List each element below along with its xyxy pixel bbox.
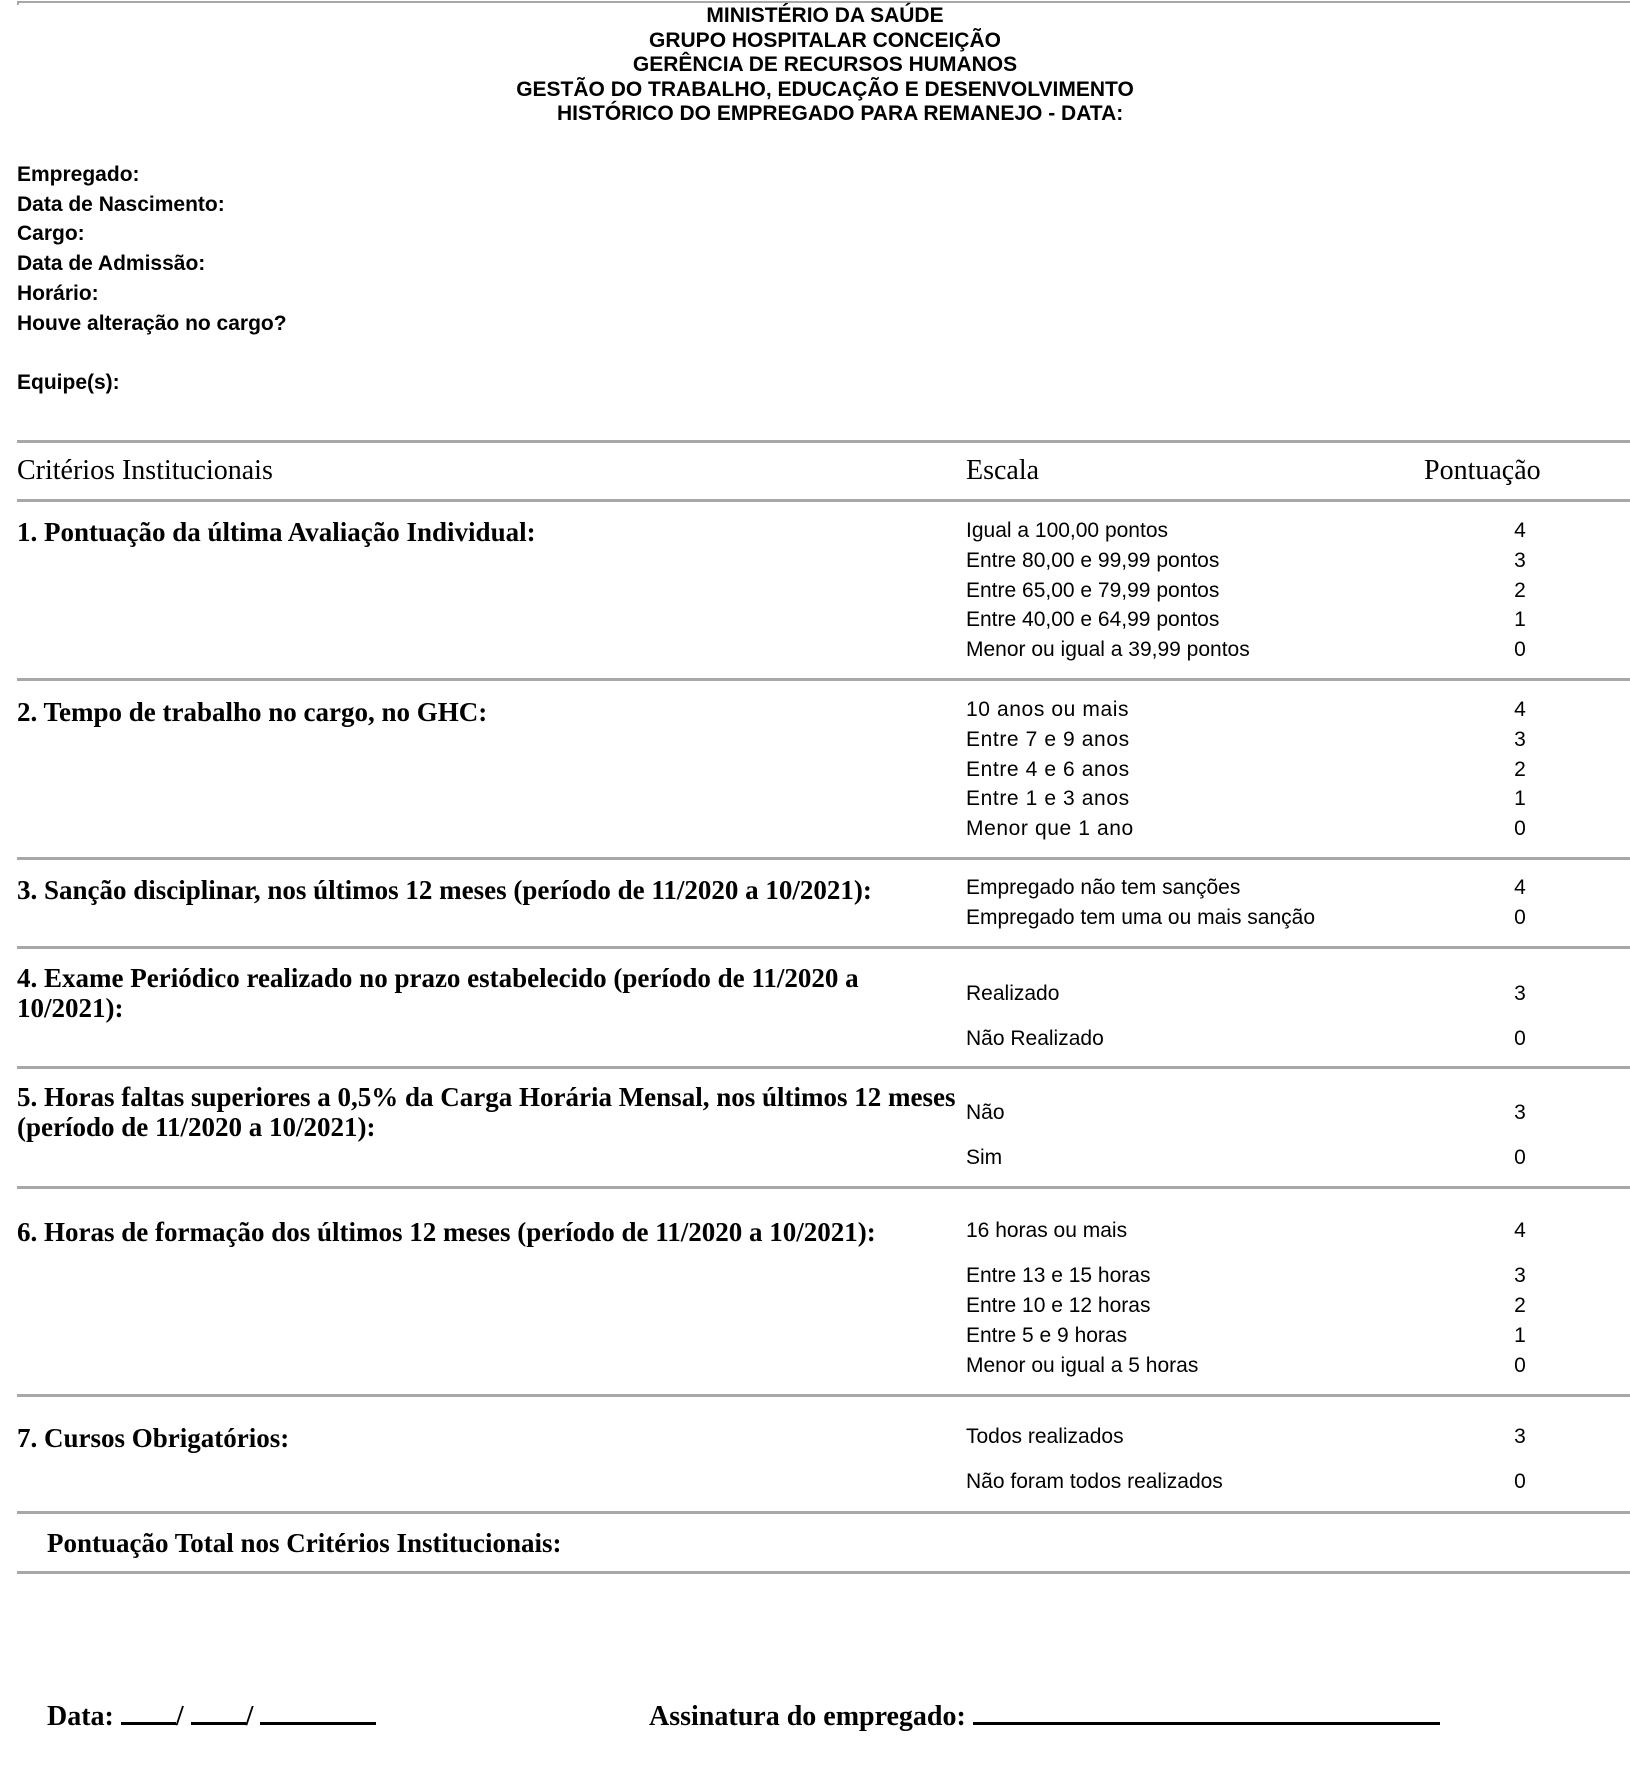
scale-score: 4 bbox=[1505, 698, 1535, 722]
scale-option: Entre 7 e 9 anos bbox=[966, 728, 1130, 752]
scale-score: 3 bbox=[1505, 1425, 1535, 1449]
document-header: MINISTÉRIO DA SAÚDE GRUPO HOSPITALAR CON… bbox=[0, 4, 1630, 127]
divider bbox=[17, 946, 1630, 949]
scale-score: 2 bbox=[1505, 758, 1535, 782]
field-alteracao-cargo: Houve alteração no cargo? bbox=[17, 309, 287, 339]
scale-option: Entre 40,00 e 64,99 pontos bbox=[966, 608, 1219, 632]
column-header-scale: Escala bbox=[966, 455, 1039, 487]
scale-option: Menor que 1 ano bbox=[966, 817, 1134, 841]
header-ministry: MINISTÉRIO DA SAÚDE bbox=[0, 4, 1630, 29]
criterion-title: 6. Horas de formação dos últimos 12 mese… bbox=[17, 1217, 967, 1247]
scale-option: Todos realizados bbox=[966, 1425, 1124, 1449]
scale-score: 0 bbox=[1505, 906, 1535, 930]
scale-score: 0 bbox=[1505, 1146, 1535, 1170]
divider bbox=[17, 1571, 1630, 1574]
header-management: GESTÃO DO TRABALHO, EDUCAÇÃO E DESENVOLV… bbox=[0, 78, 1630, 103]
scale-score: 0 bbox=[1505, 1027, 1535, 1051]
divider bbox=[17, 1511, 1630, 1514]
field-empregado: Empregado: bbox=[17, 160, 287, 190]
date-separator: / bbox=[246, 1701, 254, 1732]
header-hr-department: GERÊNCIA DE RECURSOS HUMANOS bbox=[0, 53, 1630, 78]
signature-label: Assinatura do empregado: bbox=[649, 1701, 966, 1732]
scale-option: Empregado não tem sanções bbox=[966, 876, 1240, 900]
field-data-admissao: Data de Admissão: bbox=[17, 249, 287, 279]
date-separator: / bbox=[176, 1701, 184, 1732]
total-score-label: Pontuação Total nos Critérios Institucio… bbox=[47, 1528, 562, 1559]
date-month-blank[interactable] bbox=[191, 1698, 246, 1725]
scale-score: 0 bbox=[1505, 638, 1535, 662]
date-day-blank[interactable] bbox=[121, 1698, 176, 1725]
criterion-title: 7. Cursos Obrigatórios: bbox=[17, 1423, 967, 1453]
scale-option: Entre 80,00 e 99,99 pontos bbox=[966, 549, 1219, 573]
scale-score: 3 bbox=[1505, 1101, 1535, 1125]
scale-option: Sim bbox=[966, 1146, 1002, 1170]
scale-option: Realizado bbox=[966, 982, 1059, 1006]
field-data-nascimento: Data de Nascimento: bbox=[17, 190, 287, 220]
scale-option: Não Realizado bbox=[966, 1027, 1104, 1051]
scale-option: Entre 10 e 12 horas bbox=[966, 1294, 1150, 1318]
employee-info: Empregado: Data de Nascimento: Cargo: Da… bbox=[17, 160, 287, 398]
scale-score: 2 bbox=[1505, 579, 1535, 603]
divider bbox=[17, 1394, 1630, 1397]
scale-option: Entre 4 e 6 anos bbox=[966, 758, 1130, 782]
divider bbox=[17, 440, 1630, 443]
scale-option: Não bbox=[966, 1101, 1005, 1125]
scale-score: 0 bbox=[1505, 1354, 1535, 1378]
scale-score: 3 bbox=[1505, 728, 1535, 752]
scale-score: 3 bbox=[1505, 982, 1535, 1006]
divider bbox=[17, 678, 1630, 681]
date-label: Data: bbox=[47, 1701, 114, 1732]
document-title: HISTÓRICO DO EMPREGADO PARA REMANEJO - D… bbox=[0, 102, 1630, 127]
divider bbox=[17, 499, 1630, 502]
criterion-title: 1. Pontuação da última Avaliação Individ… bbox=[17, 517, 967, 547]
scale-option: Entre 1 e 3 anos bbox=[966, 787, 1130, 811]
scale-option: Empregado tem uma ou mais sanção bbox=[966, 906, 1315, 930]
field-horario: Horário: bbox=[17, 279, 287, 309]
column-header-score: Pontuação bbox=[1424, 455, 1541, 487]
scale-score: 4 bbox=[1505, 876, 1535, 900]
scale-option: Não foram todos realizados bbox=[966, 1470, 1223, 1494]
scale-option: 16 horas ou mais bbox=[966, 1219, 1127, 1243]
field-equipes: Equipe(s): bbox=[17, 368, 287, 398]
scale-score: 3 bbox=[1505, 1264, 1535, 1288]
signature-field: Assinatura do empregado: bbox=[649, 1698, 1440, 1733]
field-cargo: Cargo: bbox=[17, 219, 287, 249]
scale-score: 1 bbox=[1505, 1324, 1535, 1348]
criterion-title: 5. Horas faltas superiores a 0,5% da Car… bbox=[17, 1082, 967, 1142]
divider bbox=[17, 1186, 1630, 1189]
divider bbox=[17, 1066, 1630, 1069]
scale-score: 4 bbox=[1505, 1219, 1535, 1243]
scale-score: 3 bbox=[1505, 549, 1535, 573]
date-year-blank[interactable] bbox=[260, 1698, 376, 1725]
scale-option: Entre 13 e 15 horas bbox=[966, 1264, 1150, 1288]
criterion-title: 4. Exame Periódico realizado no prazo es… bbox=[17, 963, 967, 1023]
scale-option: Entre 5 e 9 horas bbox=[966, 1324, 1127, 1348]
scale-score: 0 bbox=[1505, 817, 1535, 841]
scale-option: Menor ou igual a 39,99 pontos bbox=[966, 638, 1250, 662]
scale-option: Igual a 100,00 pontos bbox=[966, 519, 1168, 543]
signature-blank[interactable] bbox=[973, 1698, 1440, 1725]
scale-score: 2 bbox=[1505, 1294, 1535, 1318]
criterion-title: 2. Tempo de trabalho no cargo, no GHC: bbox=[17, 697, 967, 727]
top-border bbox=[17, 1, 1630, 3]
scale-option: Menor ou igual a 5 horas bbox=[966, 1354, 1198, 1378]
criterion-title: 3. Sanção disciplinar, nos últimos 12 me… bbox=[17, 875, 967, 905]
scale-score: 1 bbox=[1505, 787, 1535, 811]
date-field: Data: / / bbox=[47, 1698, 376, 1733]
column-header-criteria: Critérios Institucionais bbox=[17, 455, 273, 487]
header-hospital-group: GRUPO HOSPITALAR CONCEIÇÃO bbox=[0, 29, 1630, 54]
scale-option: 10 anos ou mais bbox=[966, 698, 1129, 722]
divider bbox=[17, 857, 1630, 860]
scale-score: 4 bbox=[1505, 519, 1535, 543]
scale-option: Entre 65,00 e 79,99 pontos bbox=[966, 579, 1219, 603]
scale-score: 1 bbox=[1505, 608, 1535, 632]
scale-score: 0 bbox=[1505, 1470, 1535, 1494]
